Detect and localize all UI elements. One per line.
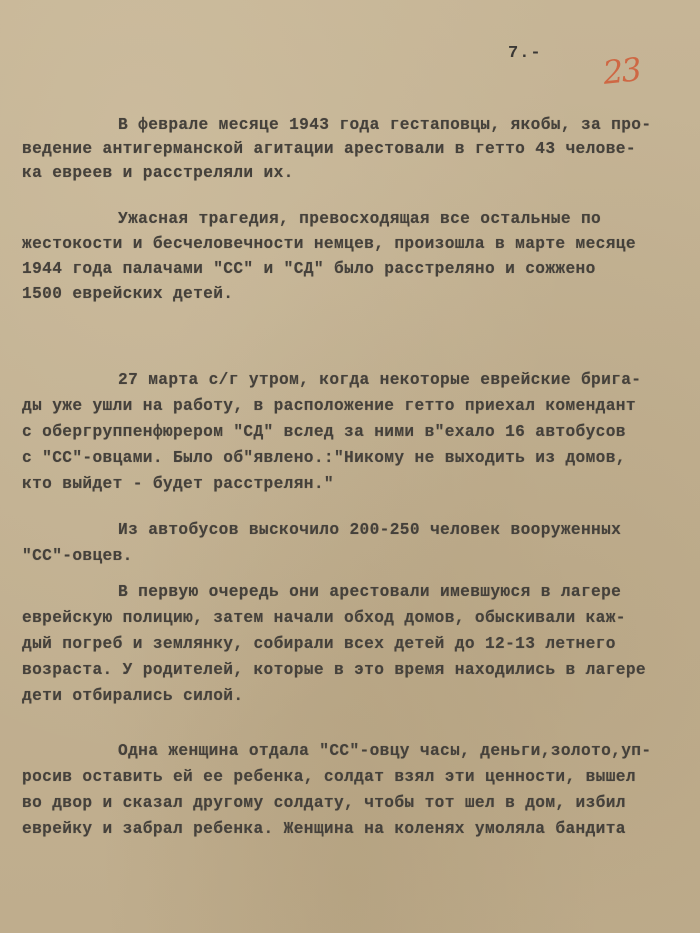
text-line: 1500 еврейских детей. bbox=[22, 285, 233, 303]
text-line: ведение антигерманской агитации арестова… bbox=[22, 140, 636, 158]
text-line: росив оставить ей ее ребенка, солдат взя… bbox=[22, 768, 636, 786]
text-line: 1944 года палачами "СС" и "СД" было расс… bbox=[22, 260, 596, 278]
text-line: жестокости и бесчеловечности немцев, про… bbox=[22, 235, 636, 253]
text-line: ды уже ушли на работу, в расположение ге… bbox=[22, 397, 636, 415]
text-line: возраста. У родителей, которые в это вре… bbox=[22, 661, 646, 679]
text-line: В первую очередь они арестовали имевшуюс… bbox=[118, 583, 621, 601]
text-line: дый погреб и землянку, собирали всех дет… bbox=[22, 635, 616, 653]
document-page: 7.- 23 В феврале месяце 1943 года гестап… bbox=[0, 0, 700, 933]
text-line: Из автобусов выскочило 200-250 человек в… bbox=[118, 521, 621, 539]
text-line: "СС"-овцев. bbox=[22, 547, 133, 565]
text-line: с "СС"-овцами. Было об"явлено.:"Никому н… bbox=[22, 449, 626, 467]
text-line: Ужасная трагедия, превосходящая все оста… bbox=[118, 210, 601, 228]
text-line: еврейку и забрал ребенка. Женщина на кол… bbox=[22, 820, 626, 838]
handwritten-archive-number: 23 bbox=[601, 50, 641, 92]
text-line: В феврале месяце 1943 года гестаповцы, я… bbox=[118, 116, 651, 134]
text-line: Одна женщина отдала "СС"-овцу часы, день… bbox=[118, 742, 651, 760]
text-line: ка евреев и расстреляли их. bbox=[22, 164, 294, 182]
text-line: с обергруппенфюрером "СД" вслед за ними … bbox=[22, 423, 626, 441]
text-line: еврейскую полицию, затем начали обход до… bbox=[22, 609, 626, 627]
text-line: кто выйдет - будет расстрелян." bbox=[22, 475, 334, 493]
text-line: 27 марта с/г утром, когда некоторые евре… bbox=[118, 371, 641, 389]
text-line: дети отбирались силой. bbox=[22, 687, 243, 705]
text-line: во двор и сказал другому солдату, чтобы … bbox=[22, 794, 626, 812]
page-number: 7.- bbox=[508, 44, 542, 63]
